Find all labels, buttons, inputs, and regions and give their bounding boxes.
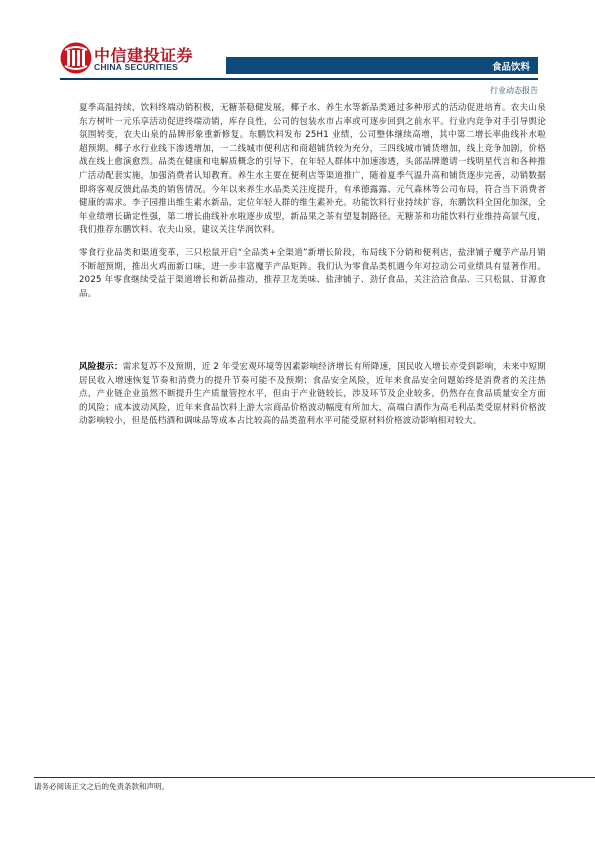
footer-divider [34,777,595,778]
sector-banner: 食品饮料 [226,57,538,74]
risk-warning: 风险提示：需求复苏不及预期，近 2 年受宏观环境等因素影响经济增长有所降速，国民… [79,361,546,438]
citic-logo-icon [60,42,92,74]
report-type-label: 行业动态报告 [490,85,538,96]
sector-label: 食品饮料 [492,59,530,73]
snacks-paragraph: 零食行业品类和渠道变革，三只松鼠开启“全品类+全渠道”新增长阶段，布局线下分销和… [79,247,546,301]
company-logo: 中信建投证券 CHINA SECURITIES [60,42,210,76]
header-divider [60,78,538,80]
beverage-paragraph: 夏季高温持续，饮料终端动销积极，无糖茶稳健发展，椰子水、养生水等新品类通过多种形… [79,102,546,238]
logo-english-name: CHINA SECURITIES [94,62,178,72]
disclaimer-note: 请务必阅读正文之后的免责条款和声明。 [34,781,169,792]
risk-text: 需求复苏不及预期，近 2 年受宏观环境等因素影响经济增长有所降速，国民收入增长亦… [79,362,546,426]
risk-label: 风险提示： [79,362,123,372]
main-content: 夏季高温持续，饮料终端动销积极，无糖茶稳健发展，椰子水、养生水等新品类通过多种形… [79,102,546,310]
